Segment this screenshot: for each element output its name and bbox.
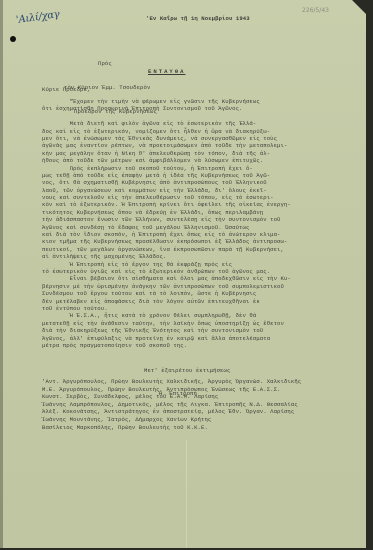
body-line: καὶ διὰ τὸν ἴδιον σκοπόν, ἡ Ἐπιτροπὴ ἔχε… [42, 231, 342, 238]
body-line: διὰ τὴν διακηρύξεως τῆς Ἐθνικῆς Ἑνότητος… [42, 327, 342, 334]
letter-body: "Ἔχομεν τὴν τιμὴν νὰ φέρωμεν εἰς γνῶσιν … [42, 98, 342, 349]
body-line: κὴν μας μεγάλην ὅταν ἡ Νίκη θ' ἀπελευθερ… [42, 150, 342, 157]
page-edge-shadow [0, 0, 3, 548]
document-title: ΕΝΤΑΥΘΑ [148, 68, 186, 75]
signatory-line: Ἀλέξ. Κοκονάτσης, Ἀντιστράτηγος ἐν ἀποστ… [42, 408, 301, 416]
body-line: κὸν καὶ τὸ ἐξωτερικόν. Ἡ Ἐπιτροπὴ κρίνει… [42, 201, 342, 208]
body-line: μετατεθῇ εἰς τὴν ἀνάθεσιν ταύτην, τὴν λα… [42, 320, 342, 327]
body-line: λαοῦ, τῶν ὀργανώσεων καὶ κομμάτων εἰς τὴ… [42, 187, 342, 194]
body-line: πευτικοί, τῶν μεγάλων ὀργανώσεων, ἵνα ἐκ… [42, 246, 342, 253]
body-line: Μετὰ διετῆ καὶ φιλὸν ἀγῶνα εἰς τὸ ἐσωτερ… [42, 120, 342, 127]
body-line: τὸ ἐσωτερικὸν ὑγιῶς καὶ εἰς τὸ ἐξωτερικὸ… [42, 268, 342, 275]
salutation: Κύριε Πρόεδρε, [42, 86, 90, 93]
body-line [42, 113, 342, 120]
paper-fold-line [186, 440, 187, 548]
body-line: ὅτι ἐσχηματίσθη Προσωρινὴ Ἐπιτροπὴ Συντο… [42, 105, 342, 112]
punch-hole [10, 36, 16, 42]
body-line: τὴν ἀδιάσπαστον ἕνωσιν τῶν Ἑλλήνων, συντ… [42, 216, 342, 223]
body-line: νος, ὅτι θὰ σχηματισθῇ Κυβέρνησις ἀπὸ ἀν… [42, 179, 342, 186]
signatory-line: 'Αντ. Ἀργυρόπουλος, Πρώην Βουλευτὴς Χαλκ… [42, 378, 301, 386]
body-line: τοῦ ἐντύπου τούτου. [42, 305, 342, 312]
body-line: μέτρα πρὸς πραγματοποίησιν τοῦ σκοποῦ τη… [42, 342, 342, 349]
body-line: νους καὶ συντελοῦν εἰς τὴν ἀπελευθέρωσιν… [42, 194, 342, 201]
body-line: "Ἔχομεν τὴν τιμὴν νὰ φέρωμεν εἰς γνῶσιν … [42, 98, 342, 105]
body-line: δος καὶ εἰς τὸ ἐξωτερικόν, νομίζομεν ὅτι… [42, 128, 342, 135]
body-line: Ἀγῶνος, ἀλλ' ἐπιφύλαξις νὰ προτείνῃ ἐν κ… [42, 335, 342, 342]
body-line: ἀγῶνάς μας ἐναντίον ρέπτων, νὰ προετοιμά… [42, 142, 342, 149]
signatory-line: Μ.Ε. Ἀργυρόπουλος, Πρώην Βουλευτὴς, Ἀντι… [42, 386, 301, 394]
body-line: Εἶναι βέβαιον ὅτι αἰσθήματα καὶ ὅλοι μας… [42, 275, 342, 282]
date-line: 'Εν Καΐρω τῇ 1η Νοεμβρίου 1943 [146, 15, 250, 22]
signatory-line: Κωνστ. Σερβὸς, Συνάδελφος, μέλος τοῦ Ε.Α… [42, 393, 301, 401]
addressee-line: Πρὸς [64, 60, 157, 68]
body-line: αἱ ἀντιλήψεις τῆς μαχομένης Ἑλλάδος. [42, 253, 342, 260]
body-line: Ἀγῶνος καὶ συνδέσῃ τὸ ἔδαφος τοῦ μεγάλου… [42, 224, 342, 231]
body-line: Ἡ Ἐπιτροπὴ εἰς τὸ ἔργον της θὰ ἐκφράζῃ π… [42, 261, 342, 268]
body-line: ήθους ἀπὸ τοῦδε τῶν μέτρων καὶ ἀμφιβάλλο… [42, 157, 342, 164]
body-line: Πρὸς ἐκπλήρωσιν τοῦ σκοποῦ τούτου, ἡ Ἐπι… [42, 165, 342, 172]
signatories-list: 'Αντ. Ἀργυρόπουλος, Πρώην Βουλευτὴς Χαλκ… [42, 378, 301, 431]
handwritten-annotation: 'Αιλί/χαγ [15, 9, 60, 26]
signatory-line: Βασίλειος Μαρκοπόλης, Πρώην Βουλευτὴς το… [42, 424, 301, 432]
archive-number: 226/5/43 [302, 7, 329, 14]
body-line: δὲν μετέλαβεν εἰς ἀποφάσεις διὰ τὸν λόγο… [42, 298, 342, 305]
body-line: Συνδέσμου τοῦ ἔργου τούτου καὶ τὰ τὸ λοι… [42, 290, 342, 297]
signatory-line: Ἰωάννης Λαμπρόπουλος, Δημοτικός, μέλος τ… [42, 401, 301, 409]
body-line: μεν ὅτι, νὰ ἐνώσωμεν τὰς Ἐθνικὰς δυνάμει… [42, 135, 342, 142]
body-line: κιον τμῆμα τῆς Κυβερνήσεως προσέλθωσιν ἐ… [42, 238, 342, 245]
document-page: 'Αιλί/χαγ 226/5/43 'Εν Καΐρω τῇ 1η Νοεμβ… [0, 0, 366, 548]
body-line: Ἡ Ἐ.Σ.Α., ἥτις κατὰ τὸ χρόνον θέλει συμπ… [42, 312, 342, 319]
body-line: τικότητος Κυβερνήσεως ὅπου νὰ ἔδρεύῃ ἐν … [42, 209, 342, 216]
body-line: βέρνησιν μὲ τὴν ὡρισμένην ἀνάγκην τῶν ἀν… [42, 283, 342, 290]
closing-line: Μετ' ἐξαιρέτου ἐκτιμήσεως [144, 367, 230, 375]
signatory-line: Ἰωάννης Μουντάνης, Ἰατρὸς, Δήμαρχος Χανί… [42, 416, 301, 424]
body-line: μως τεθῇ ἀπὸ τοῦδε εἰς ἐπαφὴν μετὰ ἡ ἰδέ… [42, 172, 342, 179]
